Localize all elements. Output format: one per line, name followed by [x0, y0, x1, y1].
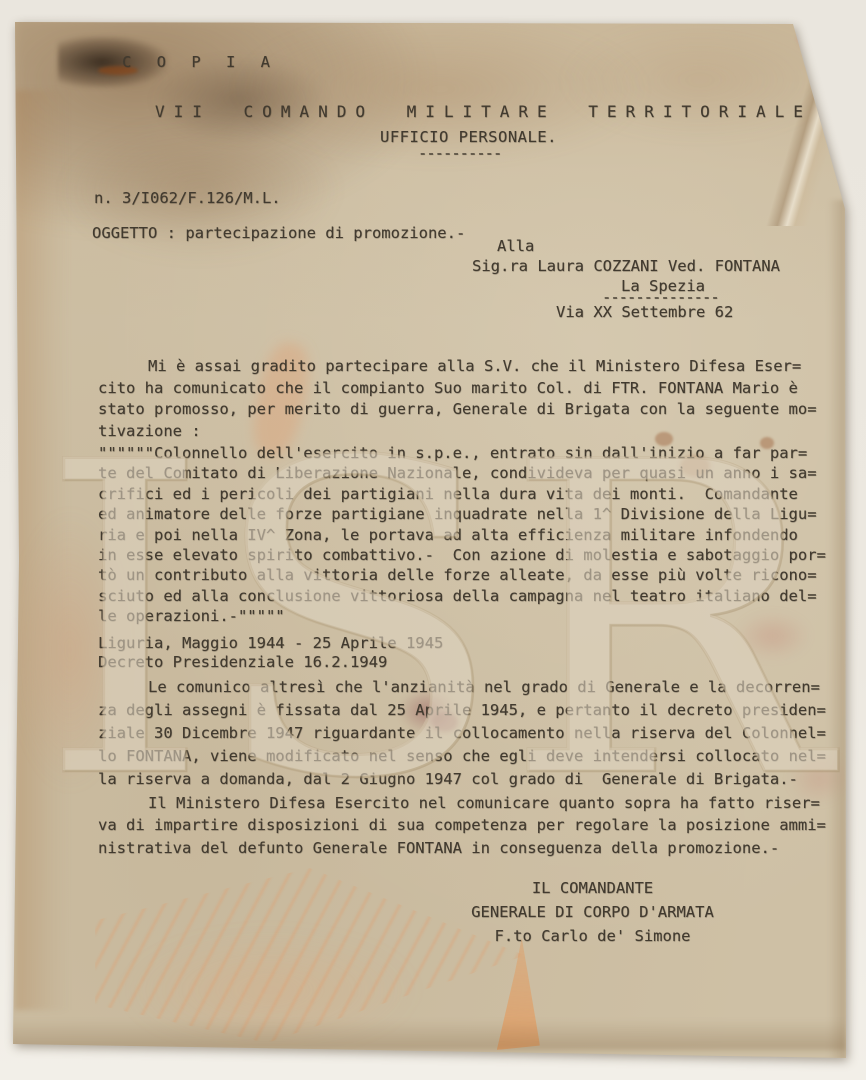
copy-stamp: C O P I A — [122, 53, 278, 71]
body-line: nistrativa del defunto Generale FONTANA … — [98, 837, 838, 859]
recipient-salutation: Alla — [497, 237, 534, 255]
body-line: Mi è assai gradito partecipare alla S.V.… — [98, 356, 838, 378]
body-line: lo FONTANA, viene modificato nel senso c… — [98, 745, 838, 768]
body-paragraph-1: Mi è assai gradito partecipare alla S.V.… — [98, 356, 838, 442]
body-line: cito ha comunicato che il compianto Suo … — [98, 378, 838, 400]
body-line: va di impartire disposizioni di sua comp… — [98, 814, 838, 836]
paper-surface: C O P I A VII COMANDO MILITARE TERRITORI… — [0, 0, 866, 1080]
signature-block: IL COMANDANTE GENERALE DI CORPO D'ARMATA… — [420, 876, 765, 948]
citation-block: """"""Colonnello dell'esercito in s.p.e.… — [98, 443, 838, 627]
corner-fold-crease — [762, 16, 862, 226]
protocol-number: n. 3/I062/F.126/M.L. — [94, 189, 281, 207]
recipient-name: Sig.ra Laura COZZANI Ved. FONTANA — [472, 257, 780, 275]
signature-role: IL COMANDANTE — [420, 876, 765, 900]
subject-line: OGGETTO : partecipazione di promozione.- — [92, 224, 465, 242]
stain-bottom-cloud — [120, 930, 420, 1050]
signature-rank: GENERALE DI CORPO D'ARMATA — [420, 900, 765, 924]
citation-line: """"""Colonnello dell'esercito in s.p.e.… — [98, 443, 838, 463]
citation-line: in esse elevato spirito combattivo.- Con… — [98, 545, 838, 565]
stain-right-edge — [828, 200, 846, 1060]
office-underline: ---------- — [418, 144, 501, 162]
stain-top-cloud — [560, 20, 840, 140]
letterhead-command: VII COMANDO MILITARE TERRITORIALE — [155, 102, 812, 121]
recipient-street: Via XX Settembre 62 — [556, 303, 733, 321]
body-paragraph-2: Le comunico altresì che l'anzianità nel … — [98, 676, 838, 791]
body-line: ziale 30 Dicembre 1947 riguardante il co… — [98, 722, 838, 745]
citation-line: ria e poi nella IV^ Zona, le portava ad … — [98, 525, 838, 545]
crayon-wedge-mark — [492, 938, 540, 1050]
body-line: Le comunico altresì che l'anzianità nel … — [98, 676, 838, 699]
paper-sheet: C O P I A VII COMANDO MILITARE TERRITORI… — [0, 0, 866, 1080]
body-line: la riserva a domanda, dal 2 Giugno 1947 … — [98, 768, 838, 791]
date-range-line: Liguria, Maggio 1944 - 25 Aprile 1945 — [98, 634, 838, 653]
body-line: tivazione : — [98, 421, 838, 443]
citation-line: te del Comitato di Liberazione Nazionale… — [98, 463, 838, 483]
decree-line: Decreto Presidenziale 16.2.1949 — [98, 653, 838, 672]
stain-corner-pink — [798, 24, 838, 52]
body-line: Il Ministero Difesa Esercito nel comunic… — [98, 792, 838, 814]
stain-bottom-edge — [10, 1020, 846, 1050]
scanned-letter-page: C O P I A VII COMANDO MILITARE TERRITORI… — [0, 0, 866, 1080]
dates-block: Liguria, Maggio 1944 - 25 Aprile 1945 De… — [98, 634, 838, 671]
citation-line: le operazioni.-""""" — [98, 606, 838, 626]
stain-left-edge — [15, 90, 70, 1010]
citation-line: crifici ed i pericoli dei partigiani nel… — [98, 484, 838, 504]
body-paragraph-3: Il Ministero Difesa Esercito nel comunic… — [98, 792, 838, 859]
body-line: za degli assegni è fissata dal 25 Aprile… — [98, 699, 838, 722]
citation-line: ed animatore delle forze partigiane inqu… — [98, 504, 838, 524]
body-line: stato promosso, per merito di guerra, Ge… — [98, 399, 838, 421]
signature-name: F.to Carlo de' Simone — [420, 924, 765, 948]
citation-line: tò un contributo alla vittoria delle for… — [98, 565, 838, 585]
citation-line: sciuto ed alla conclusione vittoriosa de… — [98, 586, 838, 606]
